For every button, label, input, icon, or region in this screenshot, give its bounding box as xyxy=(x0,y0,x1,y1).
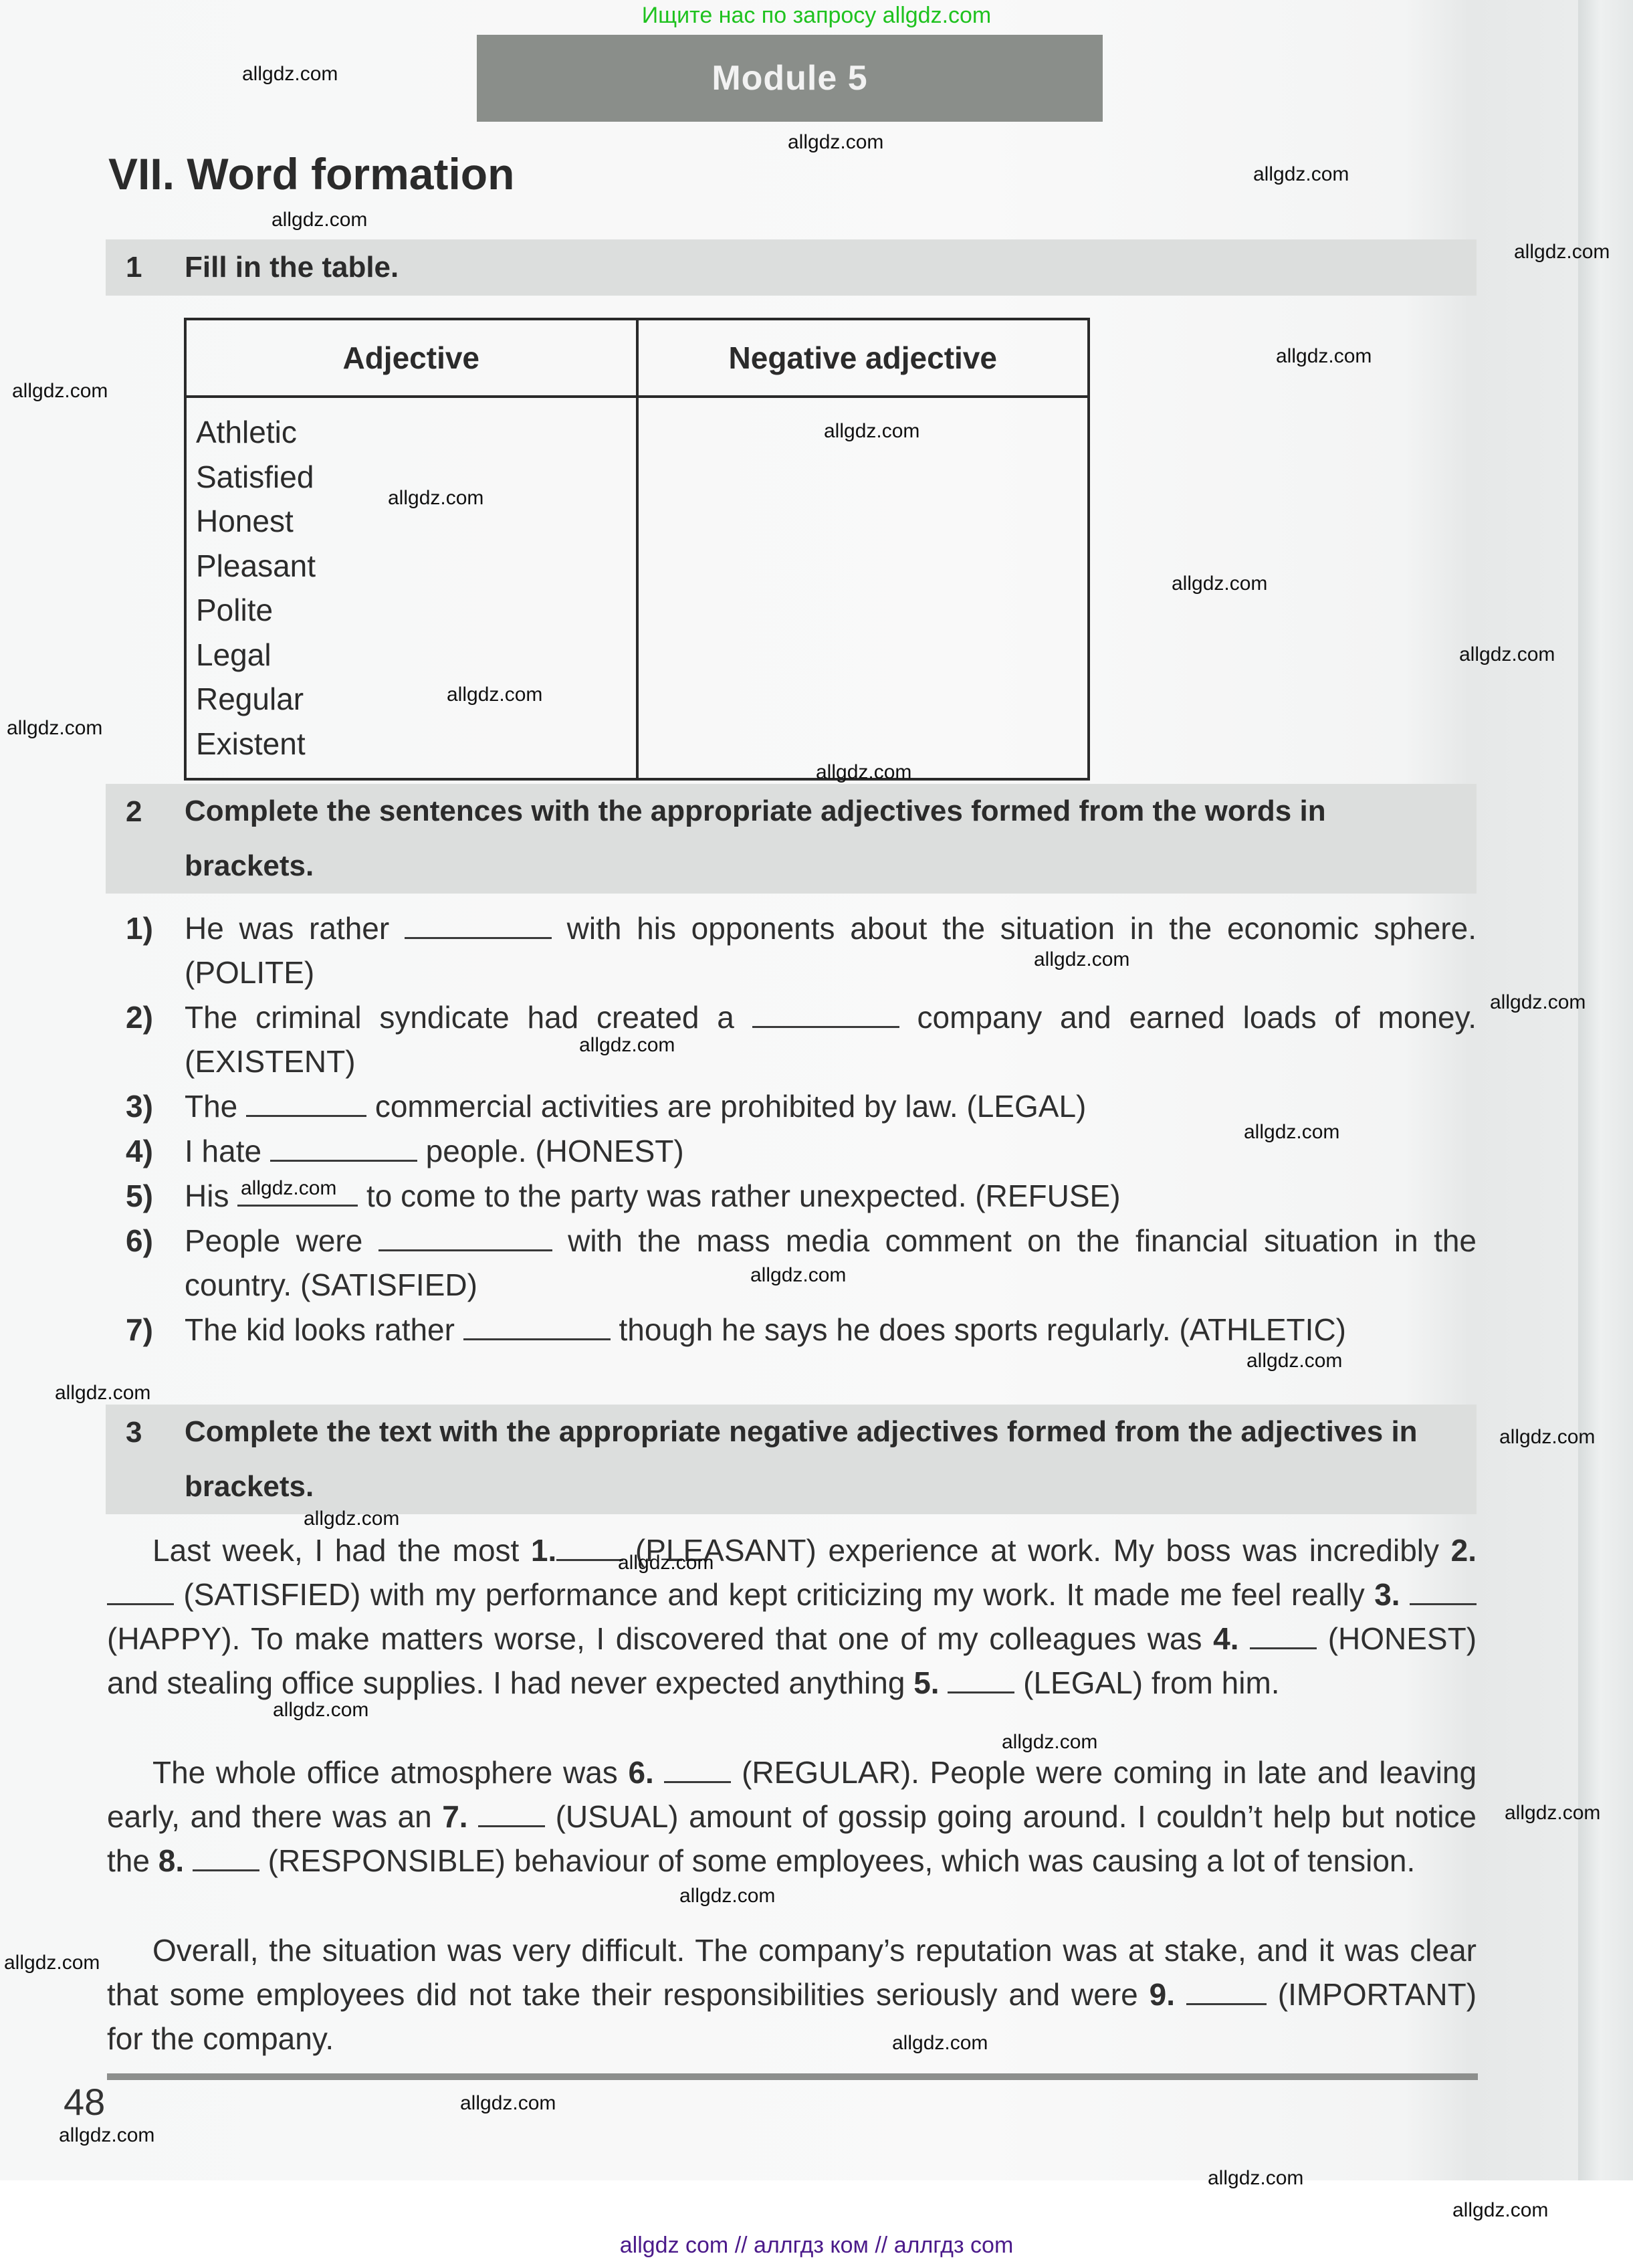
watermark: allgdz.com xyxy=(1172,573,1267,595)
watermark: allgdz.com xyxy=(304,1508,399,1530)
sentence-text: The criminal syndicate had created a xyxy=(185,1000,734,1035)
watermark: allgdz.com xyxy=(1276,345,1372,368)
sentence-number: 7) xyxy=(126,1308,153,1352)
answer-blank[interactable] xyxy=(1250,1621,1317,1649)
paragraph-text: (SATISFIED) with my performance and kept… xyxy=(183,1577,1364,1612)
sentence-text: He was rather xyxy=(185,911,389,946)
sentence-text: people. (HONEST) xyxy=(426,1134,684,1168)
answer-blank[interactable] xyxy=(378,1223,552,1251)
paragraph-text: (RESPONSIBLE) behaviour of some employee… xyxy=(268,1843,1416,1878)
text-paragraph-3: Overall, the situation was very difficul… xyxy=(107,1928,1477,2061)
watermark: allgdz.com xyxy=(788,131,883,154)
page-number: 48 xyxy=(64,2080,105,2124)
paragraph-text: Overall, the situation was very difficul… xyxy=(107,1933,1477,2012)
module-header: Module 5 xyxy=(477,35,1103,122)
answer-blank[interactable] xyxy=(1410,1576,1477,1605)
answer-blank[interactable] xyxy=(664,1754,731,1783)
sentence-number: 4) xyxy=(126,1129,153,1173)
adjective-cell: Regular xyxy=(196,677,627,722)
module-title: Module 5 xyxy=(712,58,867,98)
watermark: allgdz.com xyxy=(271,209,367,231)
gap-number: 7. xyxy=(442,1799,467,1834)
adjective-cell: Polite xyxy=(196,588,627,633)
gap-number: 4. xyxy=(1213,1621,1238,1656)
sentence-text: His xyxy=(185,1178,229,1213)
answer-blank[interactable] xyxy=(193,1843,259,1871)
watermark: allgdz.com xyxy=(12,380,108,403)
watermark: allgdz.com xyxy=(1459,643,1555,666)
gap-number: 3. xyxy=(1374,1577,1400,1612)
watermark: allgdz.com xyxy=(447,684,542,706)
negative-adjective-column[interactable] xyxy=(637,397,1089,779)
watermark: allgdz.com xyxy=(1034,948,1129,971)
paragraph-text: (LEGAL) from him. xyxy=(1023,1665,1279,1700)
answer-blank[interactable] xyxy=(107,1576,174,1605)
watermark: allgdz.com xyxy=(1452,2199,1548,2222)
watermark: allgdz.com xyxy=(1244,1121,1339,1144)
adjective-table: Adjective Negative adjective Athletic Sa… xyxy=(184,318,1090,781)
footer-divider xyxy=(107,2073,1478,2080)
sentence-number: 2) xyxy=(126,995,153,1039)
answer-blank[interactable] xyxy=(405,910,552,939)
exercise-3-header: 3 Complete the text with the appropriate… xyxy=(106,1405,1477,1514)
gap-number: 6. xyxy=(628,1755,653,1790)
watermark: allgdz.com xyxy=(4,1952,100,1974)
sentence-item: 2) The criminal syndicate had created a … xyxy=(126,995,1477,1084)
text-paragraph-2: The whole office atmosphere was 6. (REGU… xyxy=(107,1750,1477,1883)
watermark: allgdz.com xyxy=(679,1885,775,1908)
page-spine-shadow xyxy=(1578,0,1633,2180)
paragraph-text: (PLEASANT) experience at work. My boss w… xyxy=(635,1533,1439,1568)
sentence-text: though he says he does sports regularly.… xyxy=(619,1312,1346,1347)
watermark: allgdz.com xyxy=(241,1177,336,1200)
exercise-instruction: Complete the text with the appropriate n… xyxy=(185,1405,1463,1514)
watermark: allgdz.com xyxy=(1505,1802,1600,1825)
watermark: allgdz.com xyxy=(59,2124,154,2147)
adjective-cell: Legal xyxy=(196,633,627,678)
answer-blank[interactable] xyxy=(270,1133,417,1162)
exercise-instruction: Fill in the table. xyxy=(185,239,1463,296)
adjective-cell: Athletic xyxy=(196,410,627,455)
answer-blank[interactable] xyxy=(556,1532,623,1561)
bottom-banner[interactable]: allgdz com // аллгдз ком // аллгдз com xyxy=(0,2233,1633,2259)
gap-number: 8. xyxy=(158,1843,184,1878)
gap-number: 1. xyxy=(531,1533,556,1568)
watermark: allgdz.com xyxy=(816,761,911,784)
text-paragraph-1: Last week, I had the most 1. (PLEASANT) … xyxy=(107,1528,1477,1705)
watermark: allgdz.com xyxy=(273,1699,368,1722)
adjective-cell: Existent xyxy=(196,722,627,766)
exercise-1-header: 1 Fill in the table. xyxy=(106,239,1477,296)
paragraph-text: Last week, I had the most xyxy=(152,1533,519,1568)
top-banner[interactable]: Ищите нас по запросу allgdz.com xyxy=(0,3,1633,29)
watermark: allgdz.com xyxy=(242,63,338,86)
exercise-number: 2 xyxy=(126,784,142,840)
answer-blank[interactable] xyxy=(948,1665,1014,1693)
section-title: VII. Word formation xyxy=(108,148,514,199)
watermark: allgdz.com xyxy=(460,2092,556,2115)
answer-blank[interactable] xyxy=(752,999,899,1028)
sentence-item: 1) He was rather with his opponents abou… xyxy=(126,906,1477,995)
watermark: allgdz.com xyxy=(1002,1731,1097,1754)
table-header-negative-adjective: Negative adjective xyxy=(637,319,1089,397)
adjective-column: Athletic Satisfied Honest Pleasant Polit… xyxy=(185,397,637,779)
watermark: allgdz.com xyxy=(388,487,483,510)
watermark: allgdz.com xyxy=(1499,1426,1595,1449)
watermark: allgdz.com xyxy=(1246,1350,1342,1372)
paragraph-text: The whole office atmosphere was xyxy=(152,1755,618,1790)
sentence-item: 6) People were with the mass media comme… xyxy=(126,1219,1477,1307)
watermark: allgdz.com xyxy=(1514,241,1610,264)
watermark: allgdz.com xyxy=(7,717,102,740)
sentence-number: 5) xyxy=(126,1174,153,1218)
gap-number: 2. xyxy=(1451,1533,1477,1568)
sentence-text: The kid looks rather xyxy=(185,1312,455,1347)
exercise-2-header: 2 Complete the sentences with the approp… xyxy=(106,784,1477,894)
table-header-adjective: Adjective xyxy=(185,319,637,397)
watermark: allgdz.com xyxy=(1208,2167,1303,2190)
paragraph-text: (HAPPY). To make matters worse, I discov… xyxy=(107,1621,1202,1656)
gap-number: 9. xyxy=(1150,1977,1175,2012)
adjective-cell: Pleasant xyxy=(196,544,627,589)
answer-blank[interactable] xyxy=(463,1312,611,1340)
watermark: allgdz.com xyxy=(1253,163,1349,186)
sentence-number: 6) xyxy=(126,1219,153,1263)
exercise-instruction: Complete the sentences with the appropri… xyxy=(185,784,1463,894)
sentence-text: People were xyxy=(185,1223,362,1258)
sentence-text: commercial activities are prohibited by … xyxy=(375,1089,1087,1124)
answer-blank[interactable] xyxy=(1186,1976,1267,2005)
watermark: allgdz.com xyxy=(824,420,919,443)
watermark: allgdz.com xyxy=(579,1034,675,1057)
sentence-text: I hate xyxy=(185,1134,261,1168)
sentence-text: to come to the party was rather unexpect… xyxy=(366,1178,1121,1213)
answer-blank[interactable] xyxy=(246,1088,366,1117)
watermark: allgdz.com xyxy=(55,1382,150,1405)
gap-number: 5. xyxy=(913,1665,939,1700)
sentence-item: 7) The kid looks rather though he says h… xyxy=(126,1308,1477,1352)
watermark: allgdz.com xyxy=(750,1264,846,1287)
watermark: allgdz.com xyxy=(892,2032,988,2055)
answer-blank[interactable] xyxy=(478,1798,545,1827)
sentence-number: 1) xyxy=(126,906,153,950)
exercise-number: 1 xyxy=(126,239,142,296)
sentence-number: 3) xyxy=(126,1084,153,1128)
exercise-number: 3 xyxy=(126,1405,142,1461)
sentence-text: The xyxy=(185,1089,237,1124)
watermark: allgdz.com xyxy=(1490,991,1586,1014)
watermark: allgdz.com xyxy=(618,1552,714,1574)
